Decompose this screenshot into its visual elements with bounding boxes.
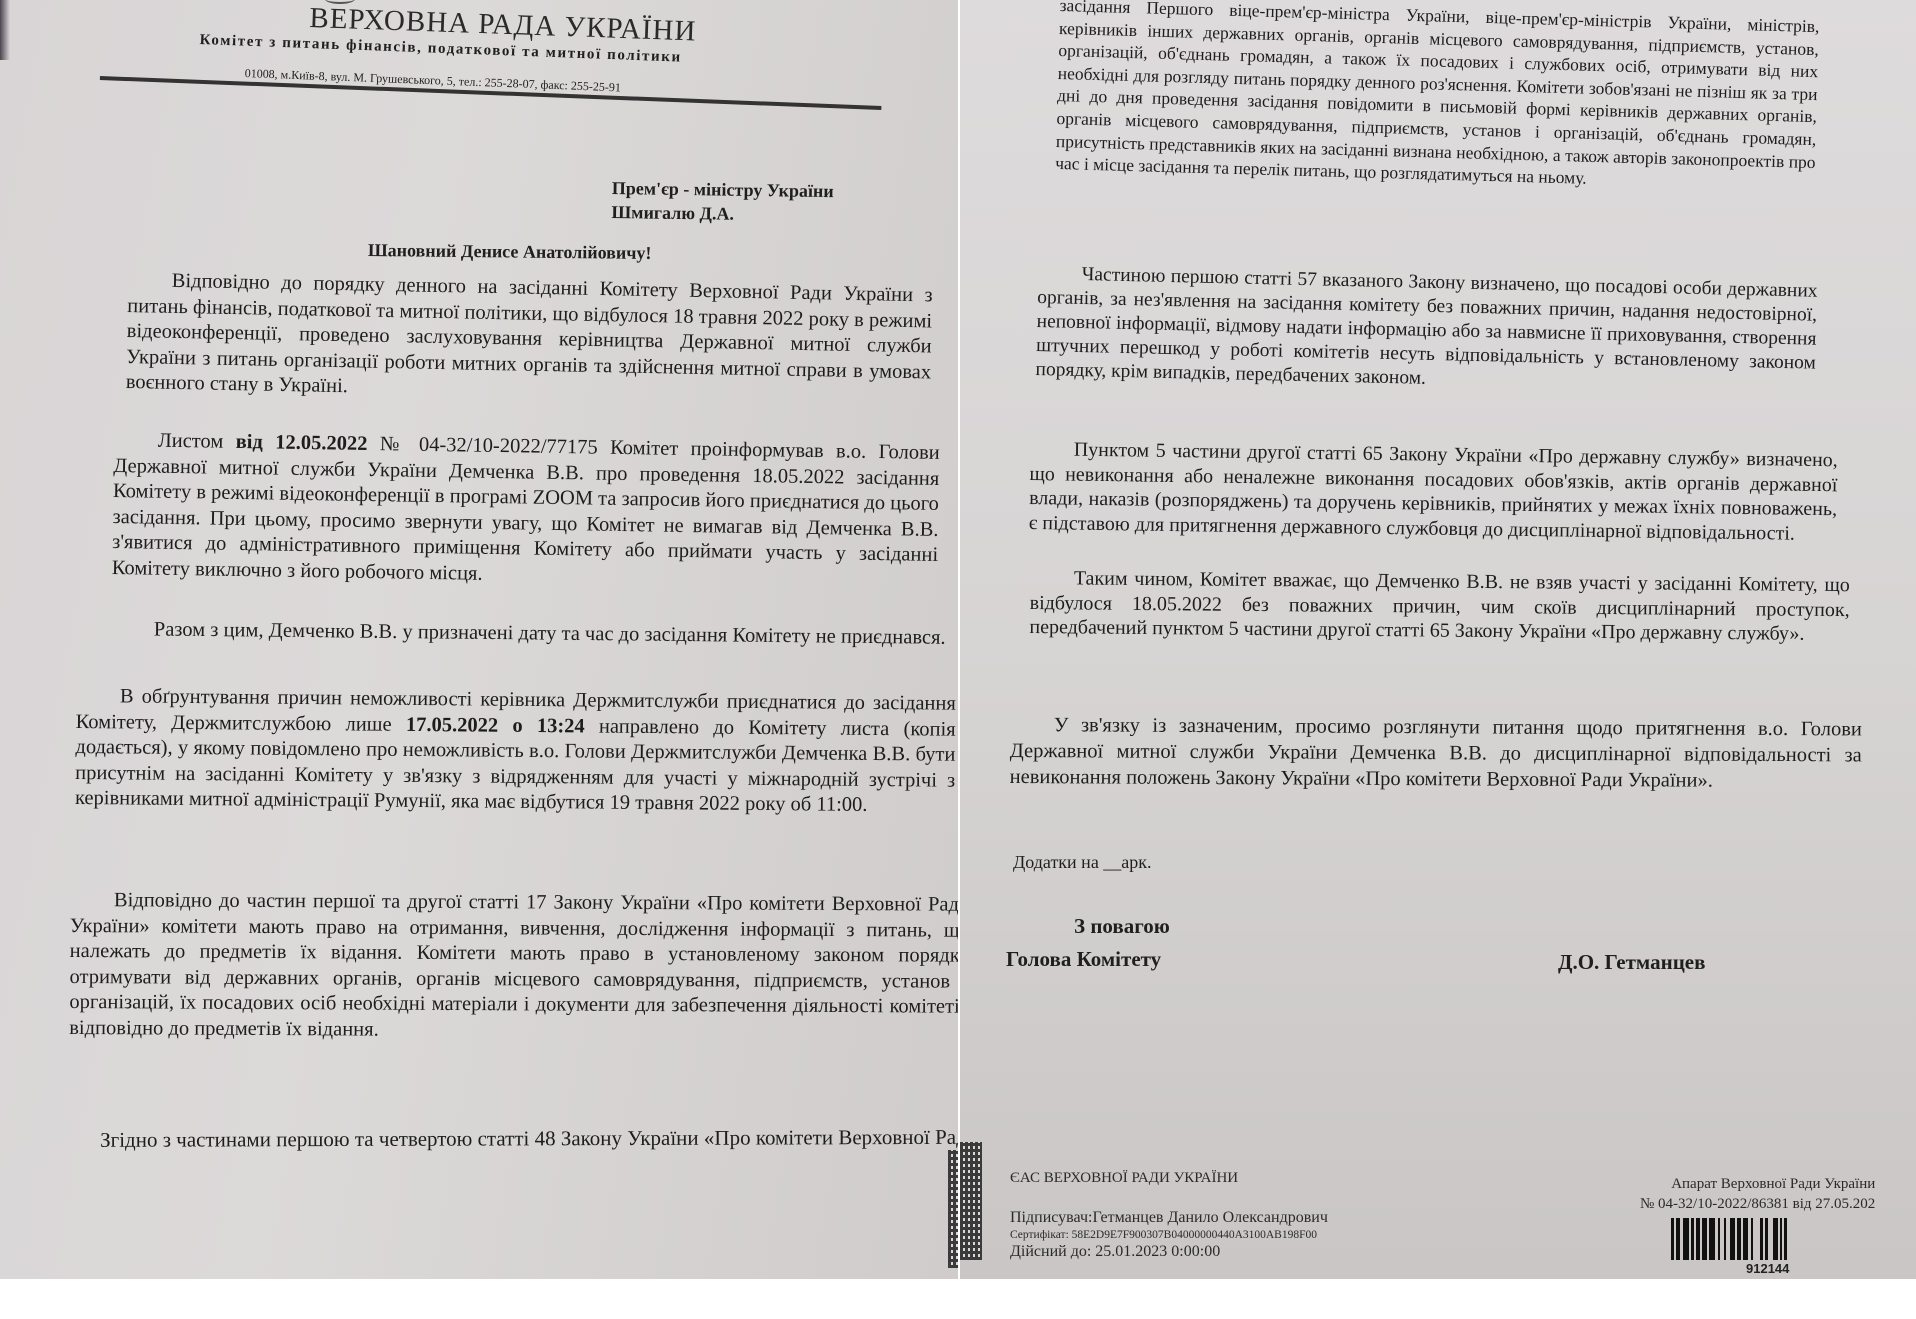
response-datetime: 17.05.2022 о 13:24 [406,713,585,737]
paragraph-request: У зв'язку із зазначеним, просимо розглян… [1010,712,1862,794]
paragraph-article-48: Згідно з частинами першою та четвертою с… [56,1125,958,1154]
paragraph-text: Частиною першою статті 57 вказаного Зако… [1035,262,1818,400]
qr-code-strip [948,1150,958,1268]
paragraph-conclusion: Таким чином, Комітет вважає, що Демченко… [1029,566,1850,647]
photo-shadow [0,0,10,60]
signatory-name: Д.О. Гетманцев [1558,950,1705,975]
addressee-position: Прем'єр - міністру України [612,176,834,203]
paragraph-article-57: Частиною першою статті 57 вказаного Зако… [1035,262,1818,400]
paragraph-text: Відповідно до частин першої та другої ст… [69,888,958,1046]
paragraph-justification: В обґрунтування причин неможливості кері… [75,684,956,819]
paragraph-article-17: Відповідно до частин першої та другої ст… [69,888,958,1046]
paragraph-text: Пунктом 5 частини другої статті 65 Закон… [1029,437,1838,546]
right-page-photo: засідання Першого віце-прем'єр-міністра … [960,0,1916,1279]
salutation: Шановний Денисе Анатолійовичу! [368,240,652,264]
barcode-bar [1702,1218,1707,1260]
paragraph-not-joined: Разом з цим, Демченко В.В. у призначені … [110,617,946,651]
paragraph-text: Разом з цим, Демченко В.В. у призначені … [110,617,946,651]
esign-valid-until: Дійсний до: 25.01.2023 0:00:00 [1010,1242,1328,1262]
addressee-name: Шмигалю Д.А. [611,200,833,227]
esign-system: ЄАС ВЕРХОВНОЇ РАДИ УКРАЇНИ [1010,1168,1328,1188]
paragraph-text: Згідно з частинами першою та четвертою с… [56,1125,958,1154]
paragraph-text: Листом від 12.05.2022 № 04-32/10-2022/77… [112,428,940,594]
qr-code [960,1142,982,1260]
attachments-note: Додатки на __арк. [1013,852,1152,873]
closing-block: З повагою Голова Комітету [1006,910,1170,976]
barcode-icon [1671,1218,1787,1260]
esign-signer: Підписувач:Гетманцев Данило Олександрови… [1010,1208,1328,1228]
left-page-photo: ВЕРХОВНА РАДА УКРАЇНИ Комітет з питань ф… [0,0,958,1279]
barcode-bar [1676,1218,1680,1260]
text-run: № 04-32/10-2022/77175 Комітет проінформу… [112,433,940,584]
text-run: Листом [158,430,236,453]
addressee-block: Прем'єр - міністру України Шмигалю Д.А. [611,176,834,227]
barcode-bar [1724,1218,1726,1260]
paragraph-text: Таким чином, Комітет вважає, що Демченко… [1029,566,1850,647]
barcode-bar [1683,1218,1689,1260]
paragraph-text: У зв'язку із зазначеним, просимо розглян… [1010,712,1862,794]
barcode-bar [1730,1218,1735,1260]
paragraph-text: В обґрунтування причин неможливості кері… [75,684,956,819]
paragraph-hearing: Відповідно до порядку денного на засідан… [126,268,933,411]
barcode-bar [1765,1218,1768,1260]
barcode-bar [1691,1218,1694,1260]
barcode-bar [1709,1218,1715,1260]
letter-date: від 12.05.2022 [235,431,367,455]
barcode-bar [1780,1218,1782,1260]
barcode-number: 912144 [1746,1261,1789,1276]
barcode-bar [1773,1218,1778,1260]
paragraph-article-48-continued: засідання Першого віце-прем'єр-міністра … [1055,0,1820,196]
barcode-bar [1671,1218,1674,1260]
esign-certificate: Сертифікат: 58E2D9E7F900307B04000000440A… [1010,1228,1328,1242]
barcode-bar [1760,1218,1763,1260]
barcode-bar [1784,1218,1787,1260]
closing-regards: З повагою [1006,910,1170,943]
barcode-bar [1751,1218,1753,1260]
paragraph-text: засідання Першого віце-прем'єр-міністра … [1055,0,1820,196]
barcode-bar [1718,1218,1720,1260]
barcode-bar [1737,1218,1741,1260]
paragraph-letter-notice: Листом від 12.05.2022 № 04-32/10-2022/77… [112,428,940,594]
registration-number: № 04-32/10-2022/86381 від 27.05.202 [1640,1194,1875,1214]
registration-stamp: Апарат Верховної Ради України № 04-32/10… [1640,1174,1875,1214]
signatory-position: Голова Комітету [1006,947,1161,971]
electronic-signature-block: ЄАС ВЕРХОВНОЇ РАДИ УКРАЇНИ Підписувач:Ге… [1010,1168,1328,1262]
registration-office: Апарат Верховної Ради України [1640,1174,1875,1194]
barcode-bar [1743,1218,1748,1260]
paragraph-article-65: Пунктом 5 частини другої статті 65 Закон… [1029,437,1838,546]
barcode-bar [1696,1218,1700,1260]
paragraph-text: Відповідно до порядку денного на засідан… [126,268,933,411]
